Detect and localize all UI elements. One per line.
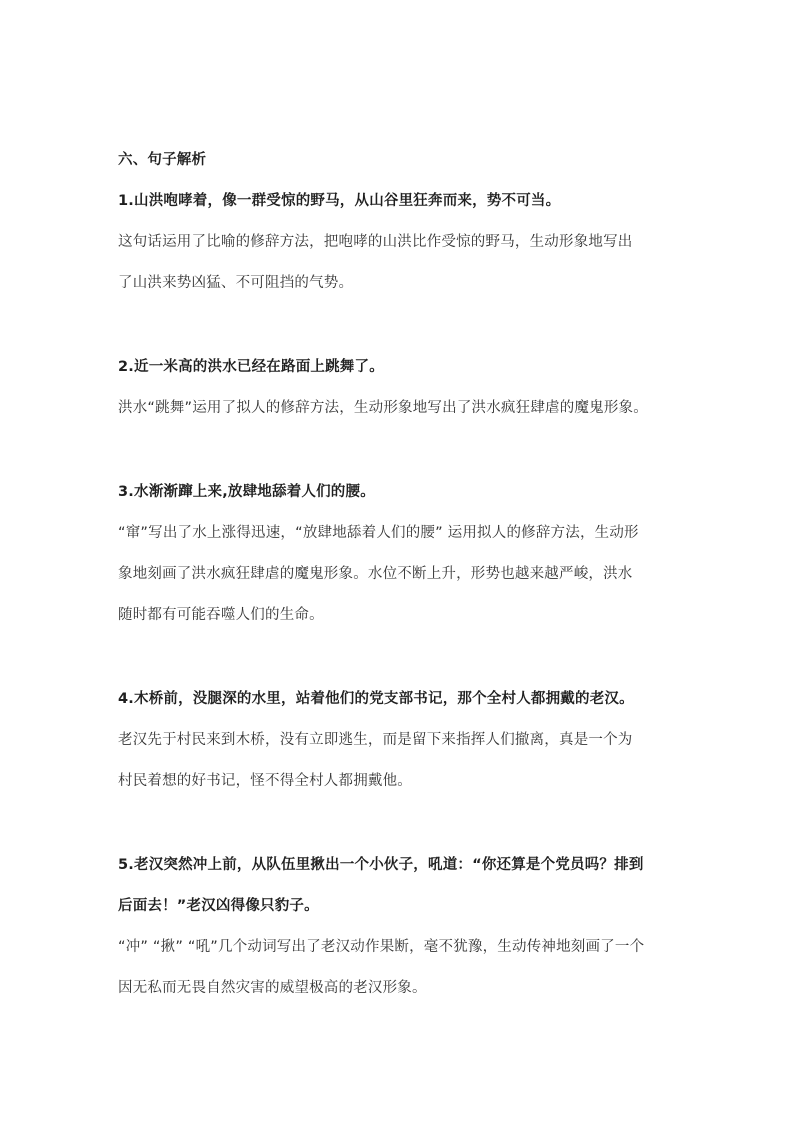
sentence-1-heading: 1.山洪咆哮着，像一群受惊的野马，从山谷里狂奔而来，势不可当。 (118, 191, 560, 211)
sentence-1-analysis-line-1: 这句话运用了比喻的修辞方法，把咆哮的山洪比作受惊的野马，生动形象地写出 (118, 232, 633, 252)
sentence-5-heading-line-2: 后面去！”老汉凶得像只豹子。 (118, 896, 319, 916)
section-title: 六、句子解析 (118, 150, 206, 170)
sentence-3-analysis-line-2: 象地刻画了洪水疯狂肆虐的魔鬼形象。水位不断上升，形势也越来越严峻，洪水 (118, 564, 633, 584)
sentence-3-analysis-line-3: 随时都有可能吞噬人们的生命。 (118, 605, 324, 625)
sentence-1-analysis-line-2: 了山洪来势凶猛、不可阻挡的气势。 (118, 273, 353, 293)
sentence-3-analysis-line-1: “窜”写出了水上涨得迅速，“放肆地舔着人们的腰” 运用拟人的修辞方法，生动形 (118, 523, 639, 543)
sentence-5-analysis-line-1: “冲” “揪” “吼”几个动词写出了老汉动作果断，毫不犹豫，生动传神地刻画了一个 (118, 937, 644, 957)
sentence-3-heading: 3.水渐渐蹿上来,放肆地舔着人们的腰。 (118, 482, 375, 502)
sentence-4-analysis-line-1: 老汉先于村民来到木桥，没有立即逃生，而是留下来指挥人们撤离，真是一个为 (118, 730, 633, 750)
sentence-5-heading-line-1: 5.老汉突然冲上前，从队伍里揪出一个小伙子，吼道：“你还算是个党员吗？排到 (118, 855, 644, 875)
sentence-5-analysis-line-2: 因无私而无畏自然灾害的威望极高的老汉形象。 (118, 978, 427, 998)
sentence-2-analysis-line-1: 洪水“跳舞”运用了拟人的修辞方法，生动形象地写出了洪水疯狂肆虐的魔鬼形象。 (118, 398, 648, 418)
sentence-2-heading: 2.近一米高的洪水已经在路面上跳舞了。 (118, 357, 384, 377)
sentence-4-heading: 4.木桥前，没腿深的水里，站着他们的党支部书记，那个全村人都拥戴的老汉。 (118, 689, 634, 709)
sentence-4-analysis-line-2: 村民着想的好书记，怪不得全村人都拥戴他。 (118, 771, 412, 791)
